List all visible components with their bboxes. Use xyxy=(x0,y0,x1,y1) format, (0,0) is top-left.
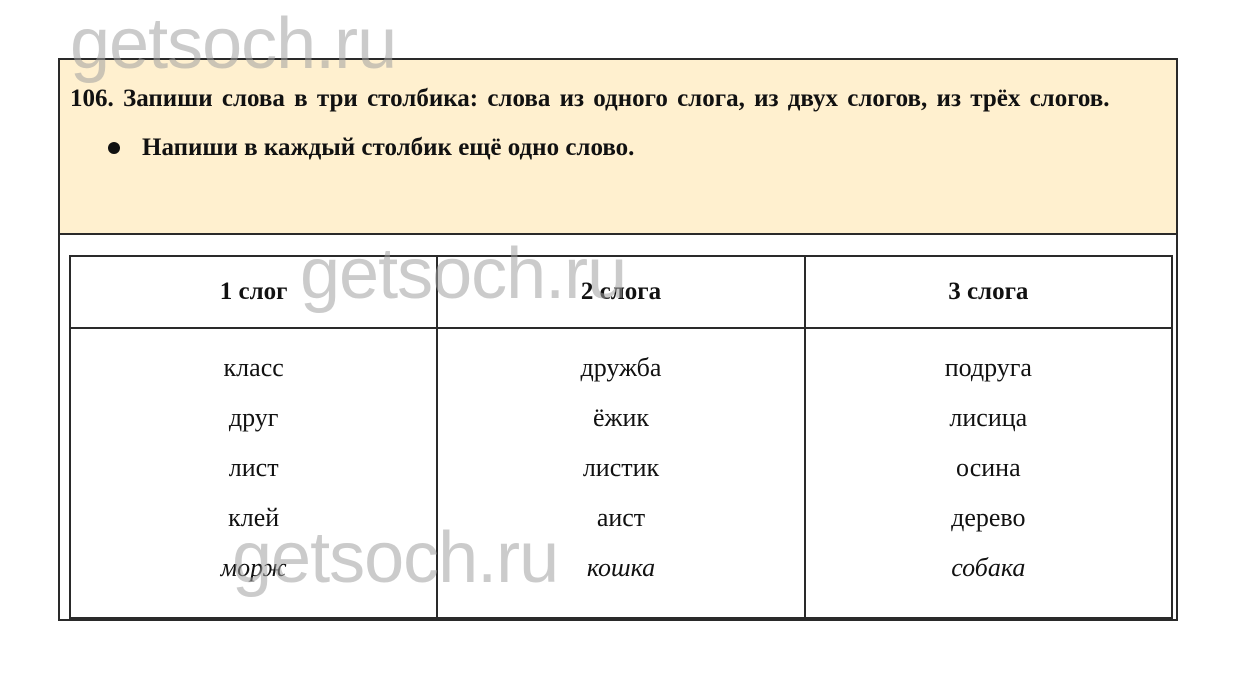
table-header-row: 1 слог 2 слога 3 слога xyxy=(70,256,1172,328)
added-word: морж xyxy=(71,543,436,593)
syllable-table: 1 слог 2 слога 3 слога класс друг лист к… xyxy=(69,255,1173,619)
word: клей xyxy=(71,493,436,543)
column-three-syllables: подруга лисица осина дерево собака xyxy=(805,328,1172,618)
table-row: класс друг лист клей морж дружба ёжик ли… xyxy=(70,328,1172,618)
added-word: собака xyxy=(806,543,1171,593)
column-one-syllable: класс друг лист клей морж xyxy=(70,328,437,618)
bullet-icon xyxy=(108,142,120,154)
task-bullet: Напиши в каждый столбик ещё одно слово. xyxy=(70,133,1166,163)
word: листик xyxy=(438,443,803,493)
word: подруга xyxy=(806,343,1171,393)
task-title: 106. Запиши слова в три столбика: слова … xyxy=(70,74,1166,124)
header-one-syllable: 1 слог xyxy=(70,256,437,328)
word: лист xyxy=(71,443,436,493)
word: осина xyxy=(806,443,1171,493)
task-box: 106. Запиши слова в три столбика: слова … xyxy=(60,60,1176,235)
word: ёжик xyxy=(438,393,803,443)
header-two-syllables: 2 слога xyxy=(437,256,804,328)
task-bullet-text: Напиши в каждый столбик ещё одно слово. xyxy=(142,133,634,163)
word: дружба xyxy=(438,343,803,393)
word: лисица xyxy=(806,393,1171,443)
header-three-syllables: 3 слога xyxy=(805,256,1172,328)
added-word: кошка xyxy=(438,543,803,593)
word: аист xyxy=(438,493,803,543)
word: друг xyxy=(71,393,436,443)
word: класс xyxy=(71,343,436,393)
column-two-syllables: дружба ёжик листик аист кошка xyxy=(437,328,804,618)
word: дерево xyxy=(806,493,1171,543)
exercise-frame: 106. Запиши слова в три столбика: слова … xyxy=(58,58,1178,621)
